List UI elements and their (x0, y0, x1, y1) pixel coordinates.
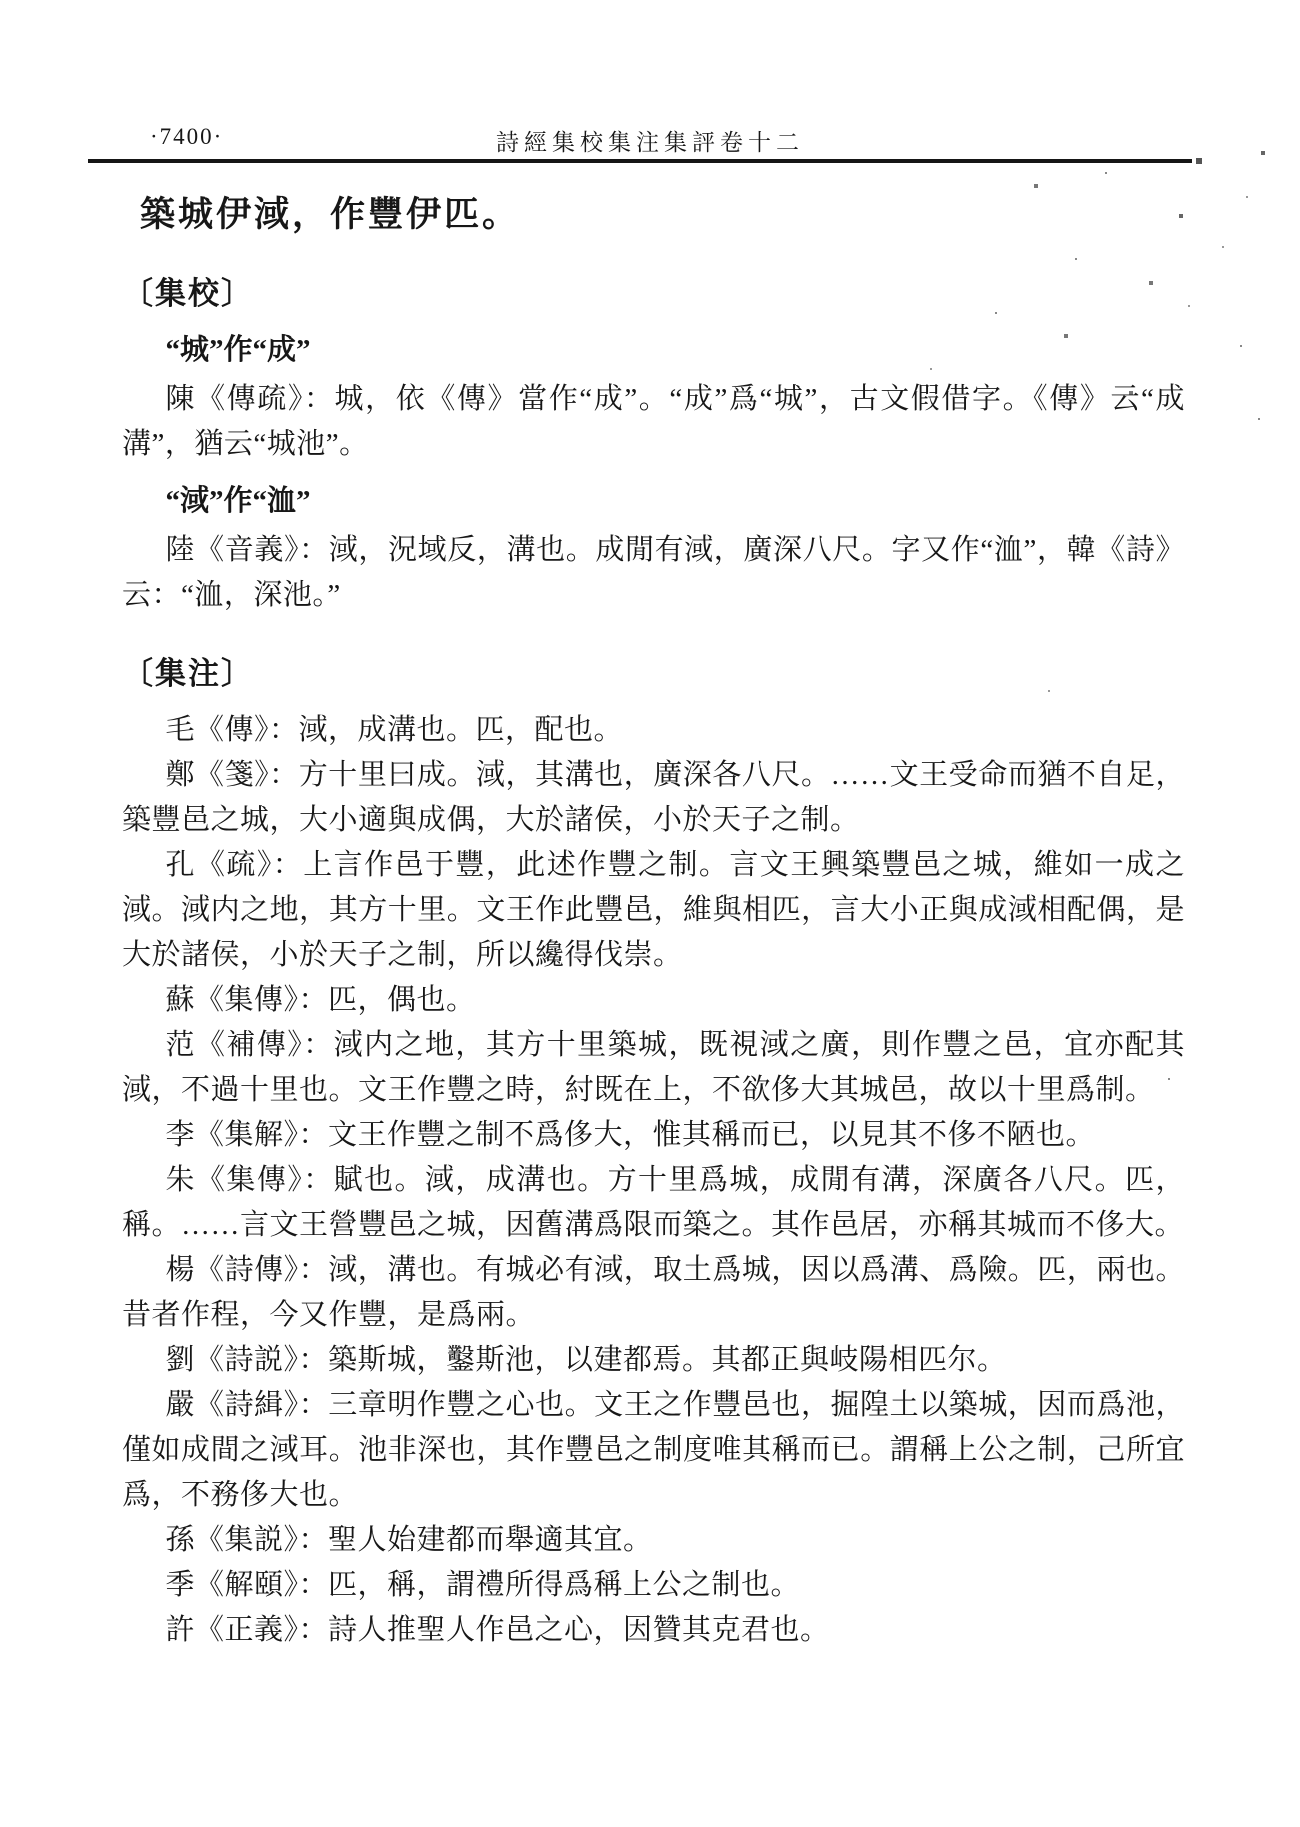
commentary-paragraph: 孫《集説》：聖人始建都而舉適其宜。 (122, 1518, 1185, 1563)
variant-subhead: “城”作“成” (122, 328, 1185, 373)
commentary-paragraph: 陳《傳疏》：城，依《傳》當作“成”。“成”爲“城”，古文假借字。《傳》云“成溝”… (122, 377, 1185, 467)
commentary-paragraph: 朱《集傳》：賦也。淢，成溝也。方十里爲城，成閒有溝，深廣各八尺。匹，稱。……言文… (122, 1158, 1185, 1248)
commentary-paragraph: 李《集解》：文王作豐之制不爲侈大，惟其稱而已，以見其不侈不陋也。 (122, 1113, 1185, 1158)
commentary-paragraph: 許《正義》：詩人推聖人作邑之心，因贊其克君也。 (122, 1608, 1185, 1653)
commentary-section: 〔集注〕毛《傳》：淢，成溝也。匹，配也。鄭《箋》：方十里曰成。淢，其溝也，廣深各… (122, 654, 1185, 1653)
commentary-paragraph: 季《解頤》：匹，稱，謂禮所得爲稱上公之制也。 (122, 1563, 1185, 1608)
content: 築城伊淢，作豐伊匹。 〔集校〕“城”作“成”陳《傳疏》：城，依《傳》當作“成”。… (122, 192, 1185, 1653)
commentary-paragraph: 嚴《詩緝》：三章明作豐之心也。文王之作豐邑也，掘隍土以築城，因而爲池，僅如成間之… (122, 1383, 1185, 1518)
commentary-paragraph: 鄭《箋》：方十里曰成。淢，其溝也，廣深各八尺。……文王受命而猶不自足，築豐邑之城… (122, 753, 1185, 843)
variant-subhead: “淢”作“洫” (122, 479, 1185, 524)
page-header: ·7400· 詩經集校集注集評卷十二 (0, 124, 1300, 158)
scanned-book-page: ·7400· 詩經集校集注集評卷十二 築城伊淢，作豐伊匹。 〔集校〕“城”作“成… (0, 0, 1300, 1827)
commentary-paragraph: 范《補傳》：淢内之地，其方十里築城，既視淢之廣，則作豐之邑，宜亦配其淢，不過十里… (122, 1023, 1185, 1113)
commentary-paragraph: 劉《詩説》：築斯城，鑿斯池，以建都焉。其都正與岐陽相匹尔。 (122, 1338, 1185, 1383)
content-sections: 〔集校〕“城”作“成”陳《傳疏》：城，依《傳》當作“成”。“成”爲“城”，古文假… (122, 274, 1185, 1654)
commentary-section: 〔集校〕“城”作“成”陳《傳疏》：城，依《傳》當作“成”。“成”爲“城”，古文假… (122, 274, 1185, 618)
running-title: 詩經集校集注集評卷十二 (0, 124, 1300, 157)
commentary-paragraph: 陸《音義》：淢，況域反，溝也。成閒有淢，廣深八尺。字又作“洫”，韓《詩》云：“洫… (122, 528, 1185, 618)
commentary-paragraph: 孔《疏》：上言作邑于豐，此述作豐之制。言文王興築豐邑之城，維如一成之淢。淢内之地… (122, 843, 1185, 978)
poem-line-heading: 築城伊淢，作豐伊匹。 (140, 192, 1185, 238)
section-title: 〔集注〕 (122, 654, 1185, 694)
scan-noise-speckles (0, 0, 2, 2)
header-divider-rule (88, 159, 1192, 163)
commentary-paragraph: 蘇《集傳》：匹，偶也。 (122, 978, 1185, 1023)
commentary-paragraph: 毛《傳》：淢，成溝也。匹，配也。 (122, 708, 1185, 753)
commentary-paragraph: 楊《詩傳》：淢，溝也。有城必有淢，取土爲城，因以爲溝、爲險。匹，兩也。昔者作程，… (122, 1248, 1185, 1338)
section-title: 〔集校〕 (122, 274, 1185, 314)
